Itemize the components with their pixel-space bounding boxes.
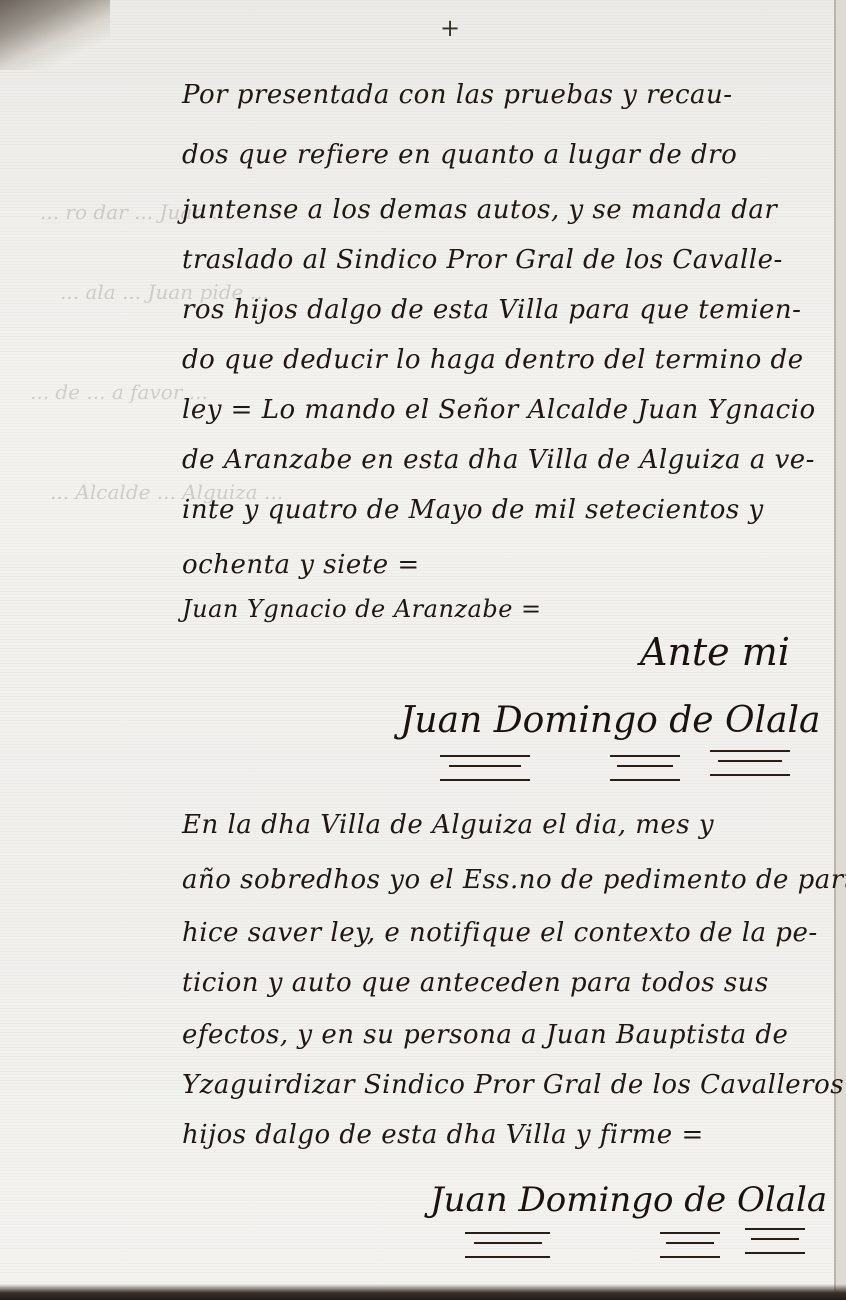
manuscript-page: ... ro dar ... Juan ... ... ala ... Juan… xyxy=(0,0,846,1300)
text-line: hice saver ley, e notifique el contexto … xyxy=(182,918,818,948)
text-line: En la dha Villa de Alguiza el dia, mes y xyxy=(182,810,714,840)
text-line: do que deducir lo haga dentro del termin… xyxy=(182,345,804,375)
text-line: dos que refiere en quanto a lugar de dro xyxy=(182,140,737,170)
text-line: efectos, y en su persona a Juan Bauptist… xyxy=(182,1020,788,1050)
text-line: ticion y auto que anteceden para todos s… xyxy=(182,968,769,998)
signature-flourish xyxy=(610,755,680,781)
torn-corner xyxy=(0,0,110,70)
page-number-mark: + xyxy=(440,14,460,42)
text-line: ochenta y siete = xyxy=(182,550,420,580)
page-bottom-edge xyxy=(0,1284,846,1300)
notary-signature: Juan Domingo de Olala xyxy=(430,1180,827,1220)
signatory-line: Juan Ygnacio de Aranzabe = xyxy=(182,595,542,623)
text-line: de Aranzabe en esta dha Villa de Alguiza… xyxy=(182,445,815,475)
text-line: traslado al Sindico Pror Gral de los Cav… xyxy=(182,245,783,275)
text-line: ley = Lo mando el Señor Alcalde Juan Ygn… xyxy=(182,395,816,425)
attestation-ante-mi: Ante mi xyxy=(640,630,790,674)
signature-flourish xyxy=(710,750,790,776)
page-fold xyxy=(834,0,836,1300)
text-line: inte y quatro de Mayo de mil setecientos… xyxy=(182,495,764,525)
signature-flourish xyxy=(440,755,530,781)
signature-flourish xyxy=(660,1232,720,1258)
notary-signature: Juan Domingo de Olala xyxy=(400,700,821,741)
signature-flourish xyxy=(465,1232,550,1258)
text-line: juntense a los demas autos, y se manda d… xyxy=(182,195,777,225)
text-line: hijos dalgo de esta dha Villa y firme = xyxy=(182,1120,704,1150)
page-edge xyxy=(836,0,846,1300)
text-line: Yzaguirdizar Sindico Pror Gral de los Ca… xyxy=(182,1070,844,1100)
text-line: año sobredhos yo el Ess.no de pedimento … xyxy=(182,865,846,895)
text-line: Por presentada con las pruebas y recau- xyxy=(182,80,733,110)
signature-flourish xyxy=(745,1228,805,1254)
text-line: ros hijos dalgo de esta Villa para que t… xyxy=(182,295,801,325)
